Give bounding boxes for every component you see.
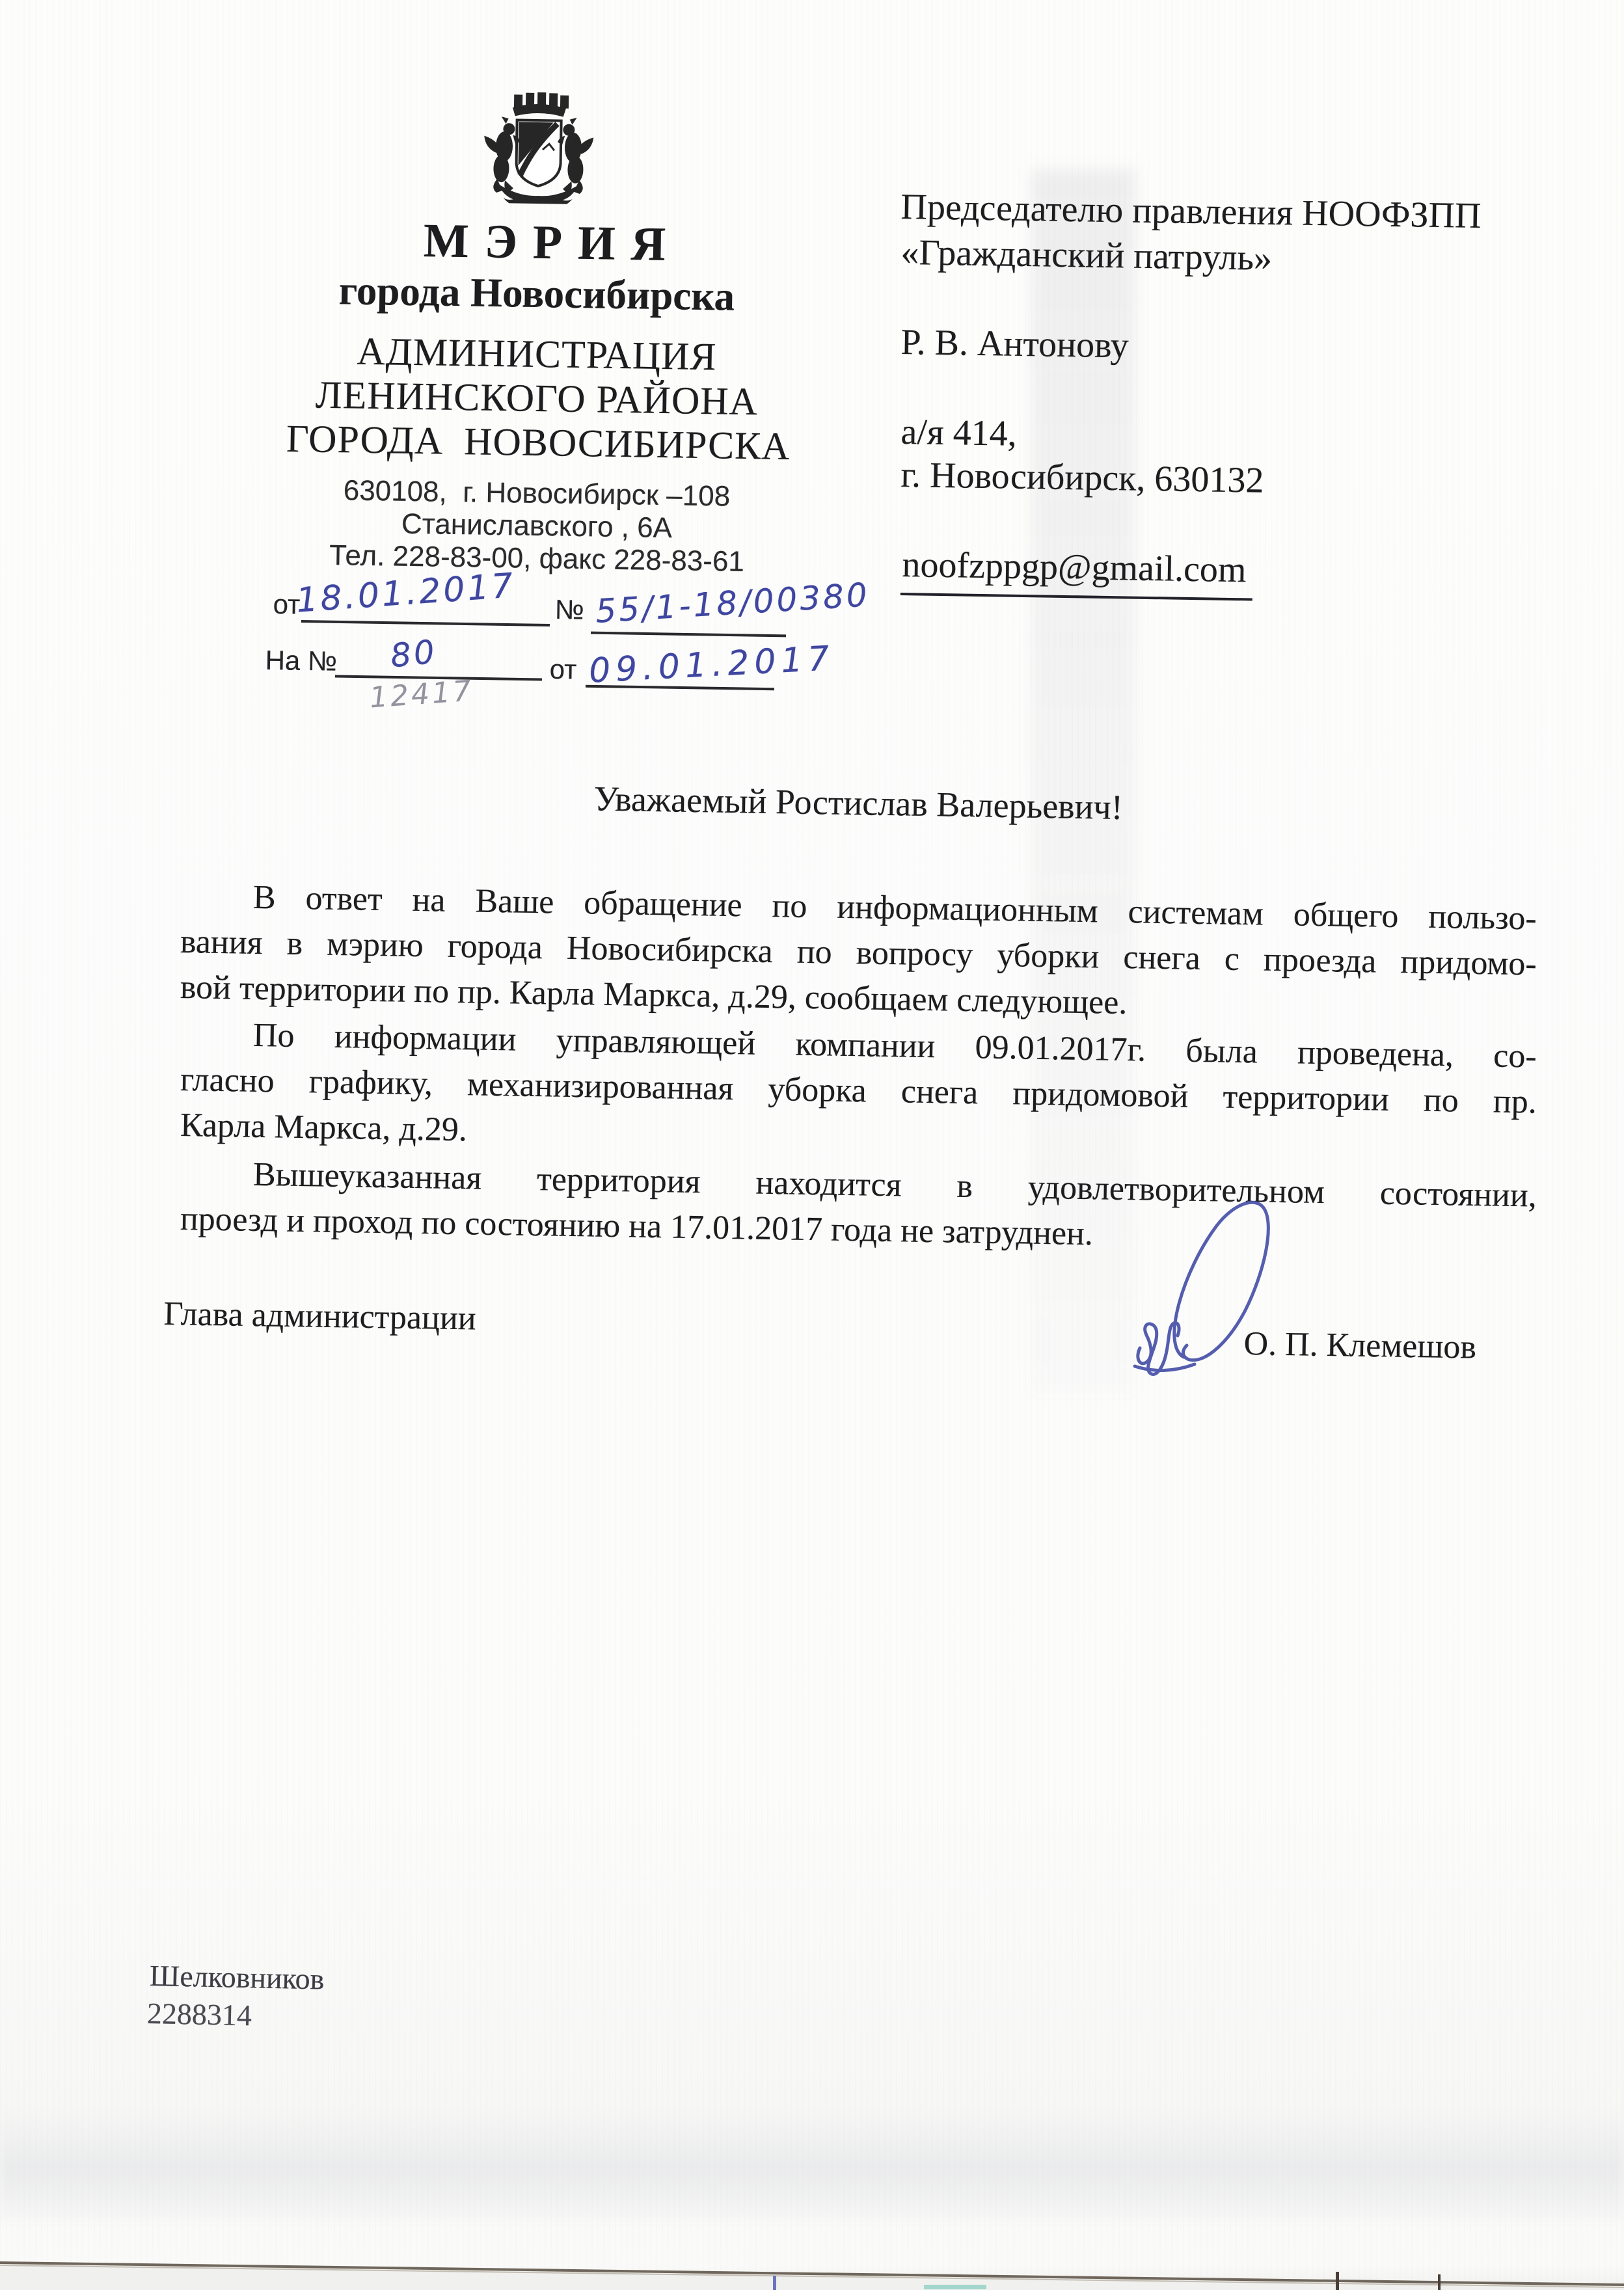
addressee-org-line2: «Гражданский патруль» — [900, 234, 1272, 276]
addressee-email: noofzppgp@gmail.com — [900, 546, 1253, 588]
in-date-handwritten: 09.01.2017 — [588, 641, 835, 688]
executor-phone: 2288314 — [147, 1999, 252, 2030]
addressee-po-box: а/я 414, — [900, 414, 1017, 452]
letterhead-department-line3: ГОРОДА НОВОСИБИРСКА — [286, 419, 788, 466]
signer-title: Глава администрации — [163, 1297, 476, 1336]
out-number-handwritten: 55/1-18/00380 — [595, 578, 871, 628]
addressee-city: г. Новосибирск, 630132 — [900, 457, 1264, 499]
coat-of-arms-icon — [476, 89, 602, 205]
out-date-handwritten: 18.01.2017 — [295, 569, 517, 617]
letterhead-address-line1: 630108, г. Новосибирск –108 — [286, 476, 788, 512]
out-number-underline — [591, 632, 786, 638]
out-number-label: № — [554, 596, 584, 624]
scan-paper-edge — [0, 2251, 1624, 2290]
in-number-label: На № — [265, 647, 337, 675]
scan-gray-band — [0, 2108, 1624, 2218]
letterhead-org-subtitle: города Новосибирска — [286, 269, 788, 318]
signer-name: О. П. Клемешов — [1243, 1327, 1476, 1365]
letterhead-address-line3: Тел. 228-83-00, факс 228-83-61 — [286, 541, 788, 577]
letterhead-address-line2: Станиславского , 6А — [286, 508, 788, 545]
addressee-org-line1: Председателю правления НООФЗПП — [900, 189, 1482, 234]
out-date-underline — [301, 620, 550, 626]
letterhead-department-line1: АДМИНИСТРАЦИЯ — [286, 330, 788, 377]
pencil-registration-note: 12417 — [369, 677, 475, 712]
executor-name: Шелковников — [150, 1961, 325, 1995]
addressee-email-text: noofzppgp@gmail.com — [900, 545, 1253, 600]
addressee-person: Р. В. Антонову — [900, 324, 1129, 364]
scanned-letter-page: МЭРИЯ города Новосибирска АДМИНИСТРАЦИЯ … — [0, 0, 1624, 2290]
in-date-label: от — [549, 656, 576, 684]
salutation: Уважаемый Ростислав Валерьевич! — [180, 774, 1537, 832]
letterhead-org-title: МЭРИЯ — [286, 215, 803, 271]
letterhead-department-line2: ЛЕНИНСКОГО РАЙОНА — [286, 375, 788, 422]
in-number-handwritten: 80 — [389, 635, 439, 672]
